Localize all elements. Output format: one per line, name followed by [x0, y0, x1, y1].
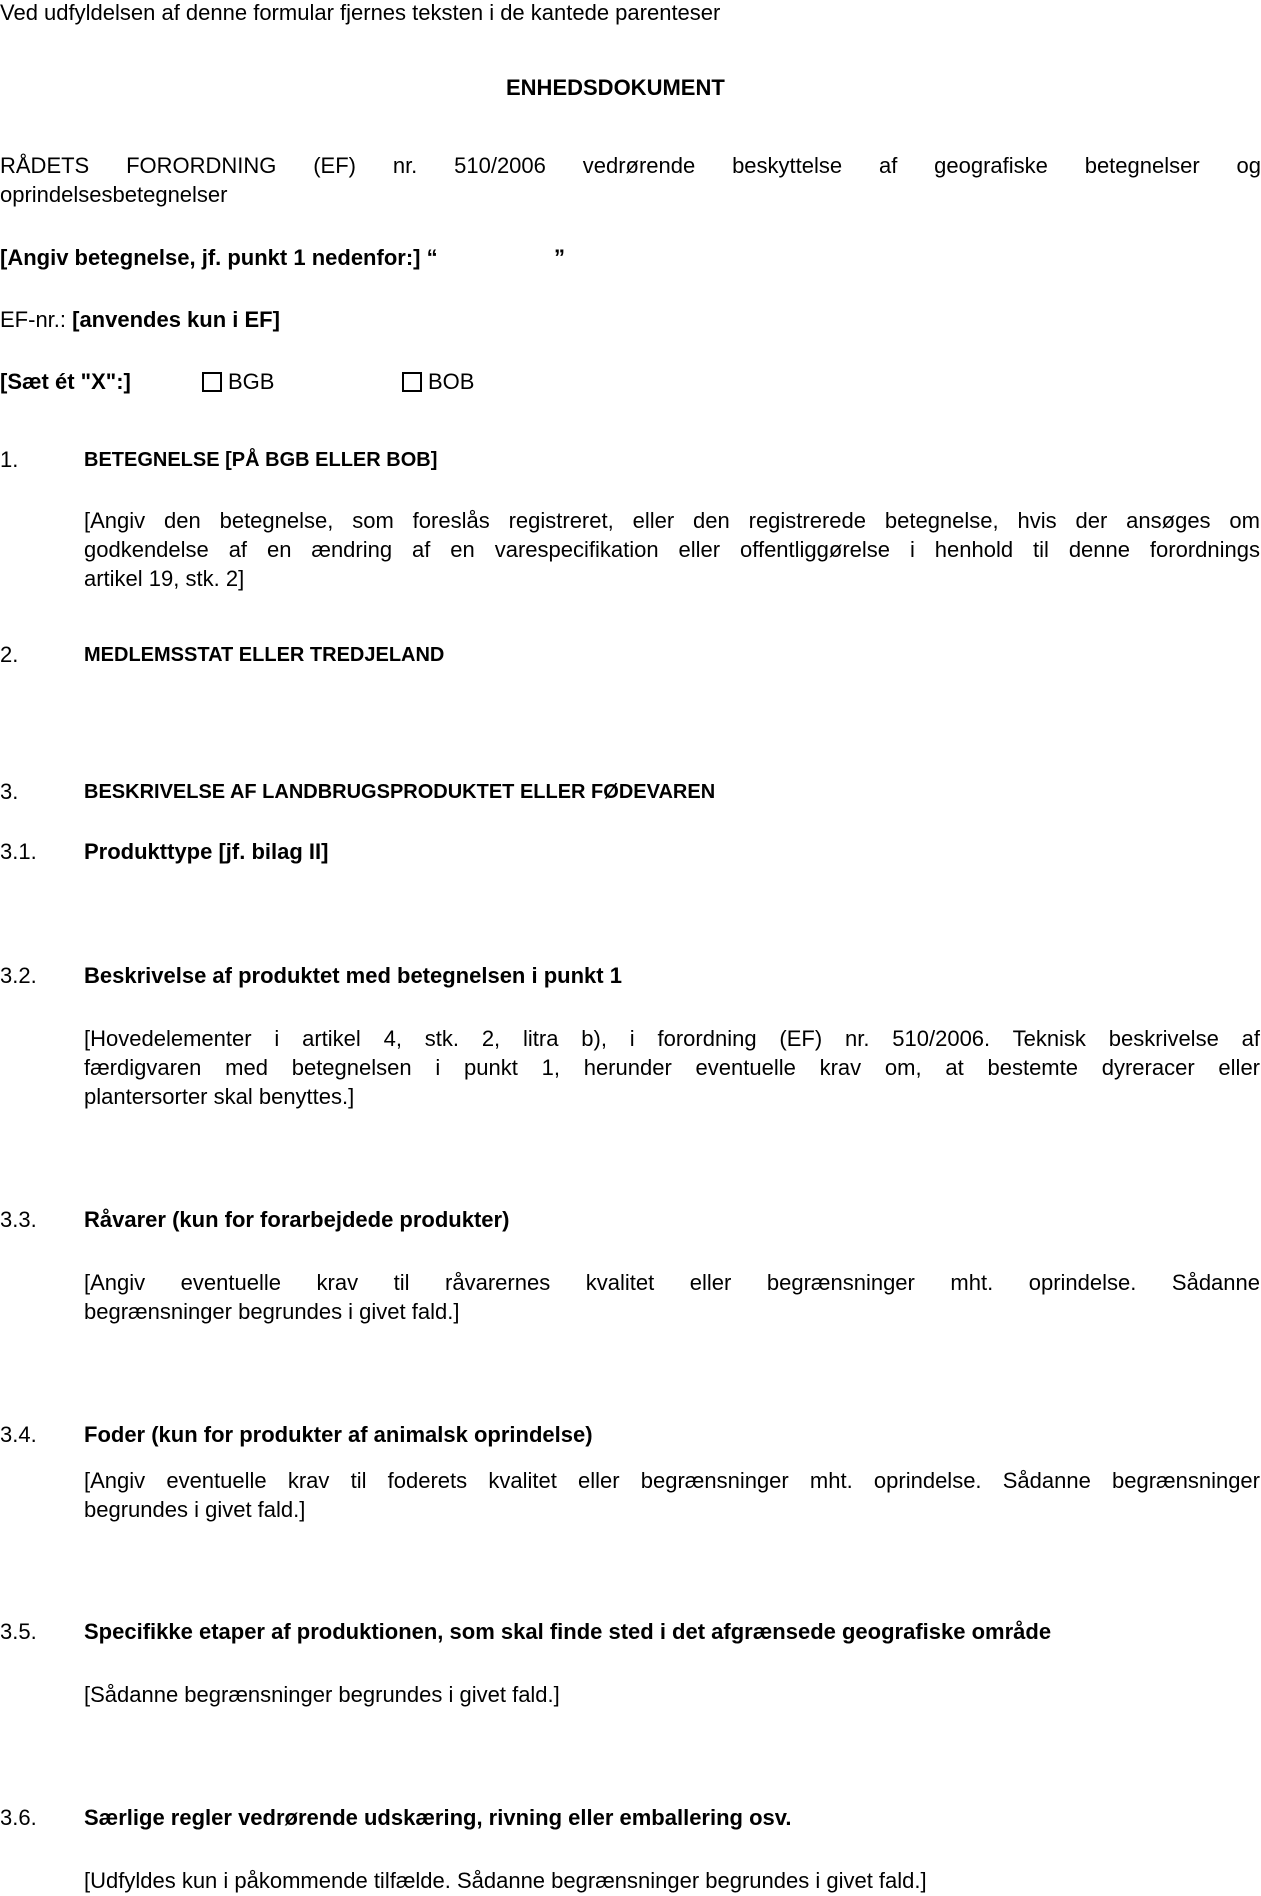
section-number: 3.3.: [0, 1206, 80, 1234]
ef-nr-row: EF-nr.: [anvendes kun i EF]: [0, 306, 280, 334]
section-3-3-body: [Angiv eventuelle krav til råvarernes kv…: [84, 1268, 1260, 1326]
section-heading: MEDLEMSSTAT ELLER TREDJELAND: [84, 641, 444, 669]
section-heading: BESKRIVELSE AF LANDBRUGSPRODUKTET ELLER …: [84, 778, 715, 806]
section-number: 3.4.: [0, 1421, 80, 1449]
checkbox-icon[interactable]: [202, 372, 222, 392]
section-heading: Produkttype [jf. bilag II]: [84, 838, 328, 866]
section-number: 3.6.: [0, 1804, 80, 1832]
option-bgb[interactable]: BGB: [202, 368, 274, 396]
section-heading: Foder (kun for produkter af animalsk opr…: [84, 1421, 593, 1449]
section-number: 1.: [0, 446, 80, 474]
option-bob-label: BOB: [428, 369, 474, 394]
section-number: 3.1.: [0, 838, 80, 866]
section-3-6-body: [Udfyldes kun i påkommende tilfælde. Såd…: [84, 1866, 1260, 1895]
ef-nr-label: EF-nr.:: [0, 307, 72, 332]
section-3-5-body: [Sådanne begrænsninger begrundes i givet…: [84, 1680, 1260, 1709]
section-number: 3.: [0, 778, 80, 806]
section-heading: BETEGNELSE [PÅ BGB ELLER BOB]: [84, 446, 437, 474]
option-bob[interactable]: BOB: [402, 368, 474, 396]
ef-nr-value: [anvendes kun i EF]: [72, 307, 280, 332]
document-title: ENHEDSDOKUMENT: [506, 74, 725, 102]
checkbox-icon[interactable]: [402, 372, 422, 392]
section-heading: Specifikke etaper af produktionen, som s…: [84, 1618, 1051, 1646]
form-instruction: Ved udfyldelsen af denne formular fjerne…: [0, 0, 720, 27]
regulation-line-1: RÅDETS FORORDNING (EF) nr. 510/2006 vedr…: [0, 152, 1261, 180]
type-select-label: [Sæt ét "X":]: [0, 368, 131, 396]
regulation-line-2: oprindelsesbetegnelser: [0, 181, 228, 209]
section-number: 3.5.: [0, 1618, 80, 1646]
section-heading: Beskrivelse af produktet med betegnelsen…: [84, 962, 622, 990]
designation-label: [Angiv betegnelse, jf. punkt 1 nedenfor:…: [0, 244, 438, 272]
section-3-4-body: [Angiv eventuelle krav til foderets kval…: [84, 1466, 1260, 1524]
section-number: 3.2.: [0, 962, 80, 990]
designation-field[interactable]: [396, 238, 554, 268]
section-3-2-body: [Hovedelementer i artikel 4, stk. 2, lit…: [84, 1024, 1260, 1111]
section-heading: Særlige regler vedrørende udskæring, riv…: [84, 1804, 791, 1832]
section-1-body: [Angiv den betegnelse, som foreslås regi…: [84, 506, 1260, 593]
section-heading: Råvarer (kun for forarbejdede produkter): [84, 1206, 509, 1234]
section-number: 2.: [0, 641, 80, 669]
designation-close-quote: ”: [554, 244, 565, 272]
option-bgb-label: BGB: [228, 369, 274, 394]
